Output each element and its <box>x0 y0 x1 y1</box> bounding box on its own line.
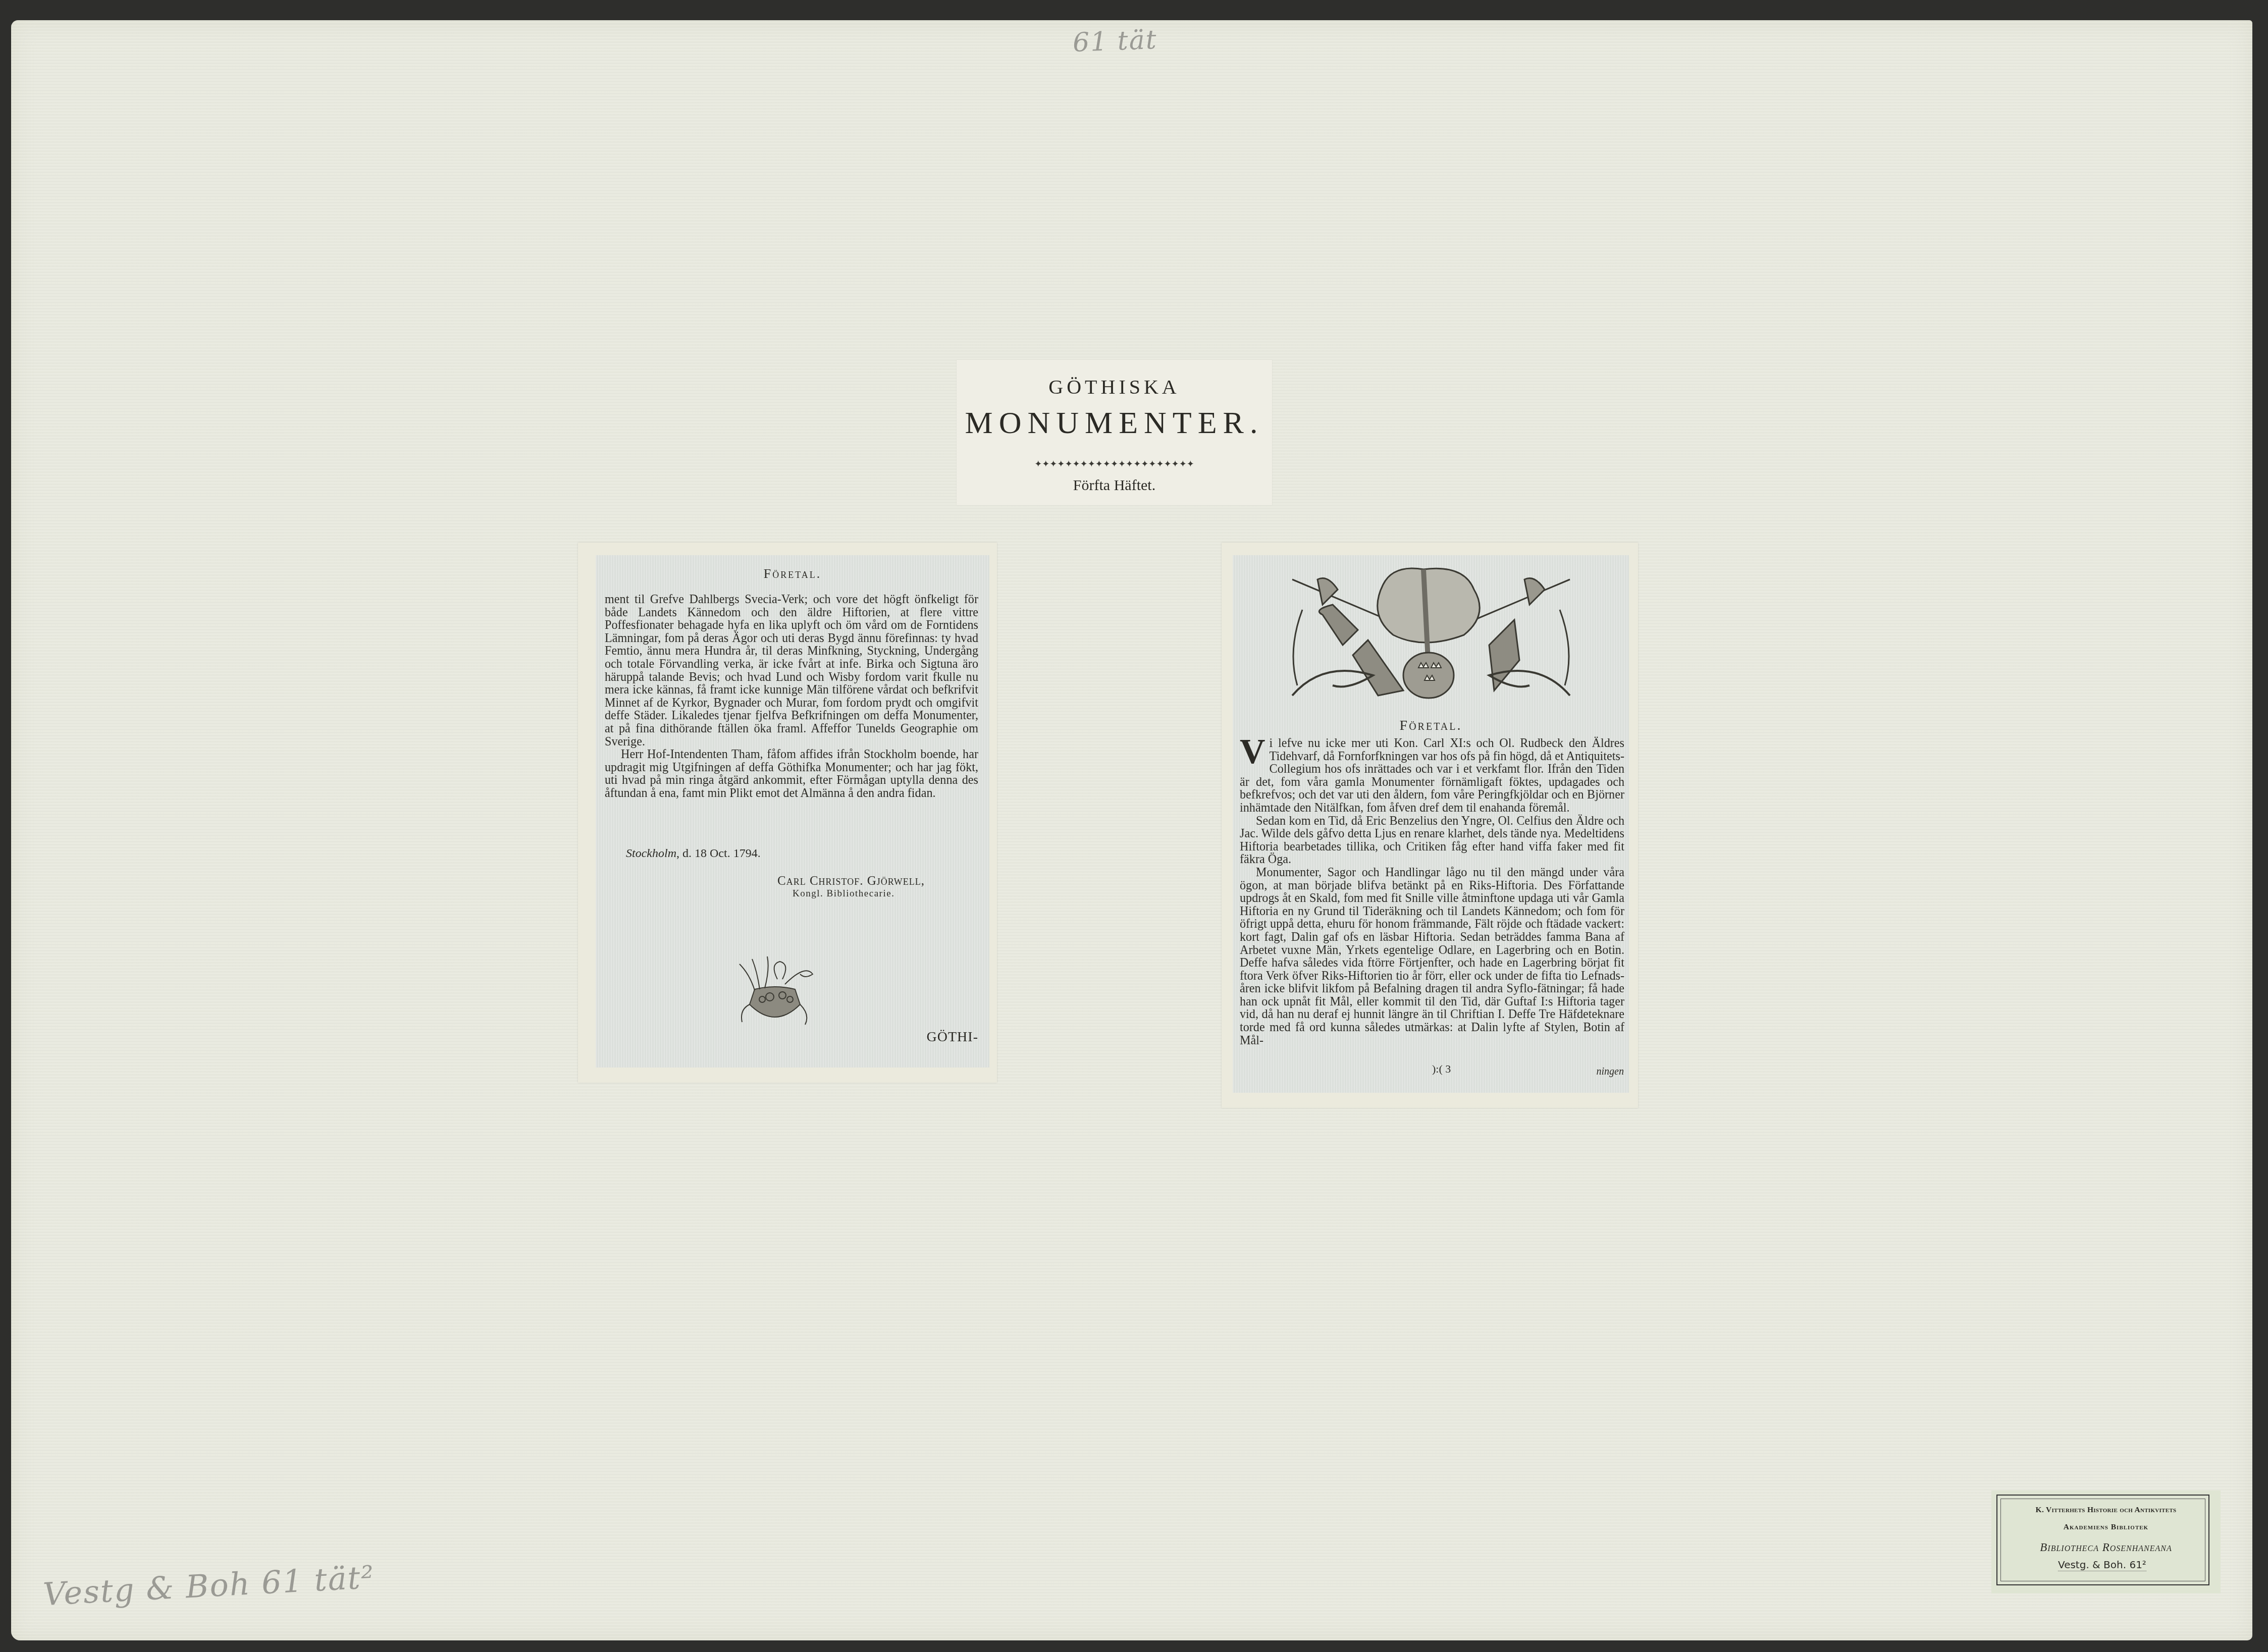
paragraph: Monumenter, Sagor och Handlingar lågo nu… <box>1240 866 1624 1047</box>
title-line-monumenter: MONUMENTER. <box>957 405 1272 441</box>
title-subtitle: Förfta Häftet. <box>957 477 1272 494</box>
paragraph: Sedan kom en Tid, då Eric Benzelius den … <box>1240 815 1624 866</box>
label-shelfmark: Vestg. & Boh. 61² <box>2058 1559 2146 1571</box>
right-page-heading: Företal. <box>1233 718 1629 734</box>
catchword: GÖTHI- <box>927 1029 978 1045</box>
trophy-vignette-crowns-icon <box>1272 559 1590 706</box>
catchword: ningen <box>1597 1066 1624 1078</box>
title-slip: GÖTHISKA MONUMENTER. ✦✦✦✦✦✦✦✦✦✦✦✦✦✦✦✦✦✦✦… <box>957 360 1272 505</box>
pencil-note-top: 61 tät <box>1072 25 1157 58</box>
library-bookplate-label: K. Vitterhets Historie och Antikvitets A… <box>1991 1490 2221 1593</box>
label-line-collection: Bibliotheca Rosenhaneana <box>1992 1541 2220 1554</box>
flower-basket-vignette-icon <box>729 949 820 1030</box>
place-date: Stockholm, d. 18 Oct. 1794. <box>626 847 761 861</box>
paragraph: Herr Hof-Intendenten Tham, fåfom affides… <box>605 748 978 800</box>
signature-name: Carl Christof. Gjörwell, <box>777 874 925 888</box>
title-line-gothiska: GÖTHISKA <box>957 375 1272 399</box>
date: , d. 18 Oct. 1794. <box>676 847 761 860</box>
left-page-heading: Företal. <box>596 566 989 581</box>
right-page: Företal. Vi lefve nu icke mer uti Kon. C… <box>1222 543 1638 1108</box>
signature-title: Kongl. Bibliothecarie. <box>793 888 894 899</box>
mounting-sheet <box>11 20 2252 1640</box>
place: Stockholm <box>626 847 676 860</box>
signature-mark: ):( 3 <box>1432 1062 1451 1076</box>
left-page-body: ment til Grefve Dahlbergs Svecia-Verk; o… <box>605 593 978 800</box>
label-line-library: Akademiens Bibliotek <box>1992 1523 2220 1532</box>
paragraph: ment til Grefve Dahlbergs Svecia-Verk; o… <box>605 593 978 748</box>
left-page-text-block: Företal. ment til Grefve Dahlbergs Sveci… <box>596 555 989 1068</box>
ornament-rule-icon: ✦✦✦✦✦✦✦✦✦✦✦✦✦✦✦✦✦✦✦✦✦ <box>957 459 1272 469</box>
right-page-text-block: Företal. Vi lefve nu icke mer uti Kon. C… <box>1233 555 1629 1093</box>
left-page: Företal. ment til Grefve Dahlbergs Sveci… <box>578 543 997 1083</box>
right-page-body: Vi lefve nu icke mer uti Kon. Carl XI:s … <box>1240 737 1624 1047</box>
paragraph-text: i lefve nu icke mer uti Kon. Carl XI:s o… <box>1240 736 1624 815</box>
dropcap: V <box>1240 739 1265 765</box>
label-line-academy: K. Vitterhets Historie och Antikvitets <box>1992 1506 2220 1515</box>
paragraph-first: Vi lefve nu icke mer uti Kon. Carl XI:s … <box>1240 737 1624 815</box>
